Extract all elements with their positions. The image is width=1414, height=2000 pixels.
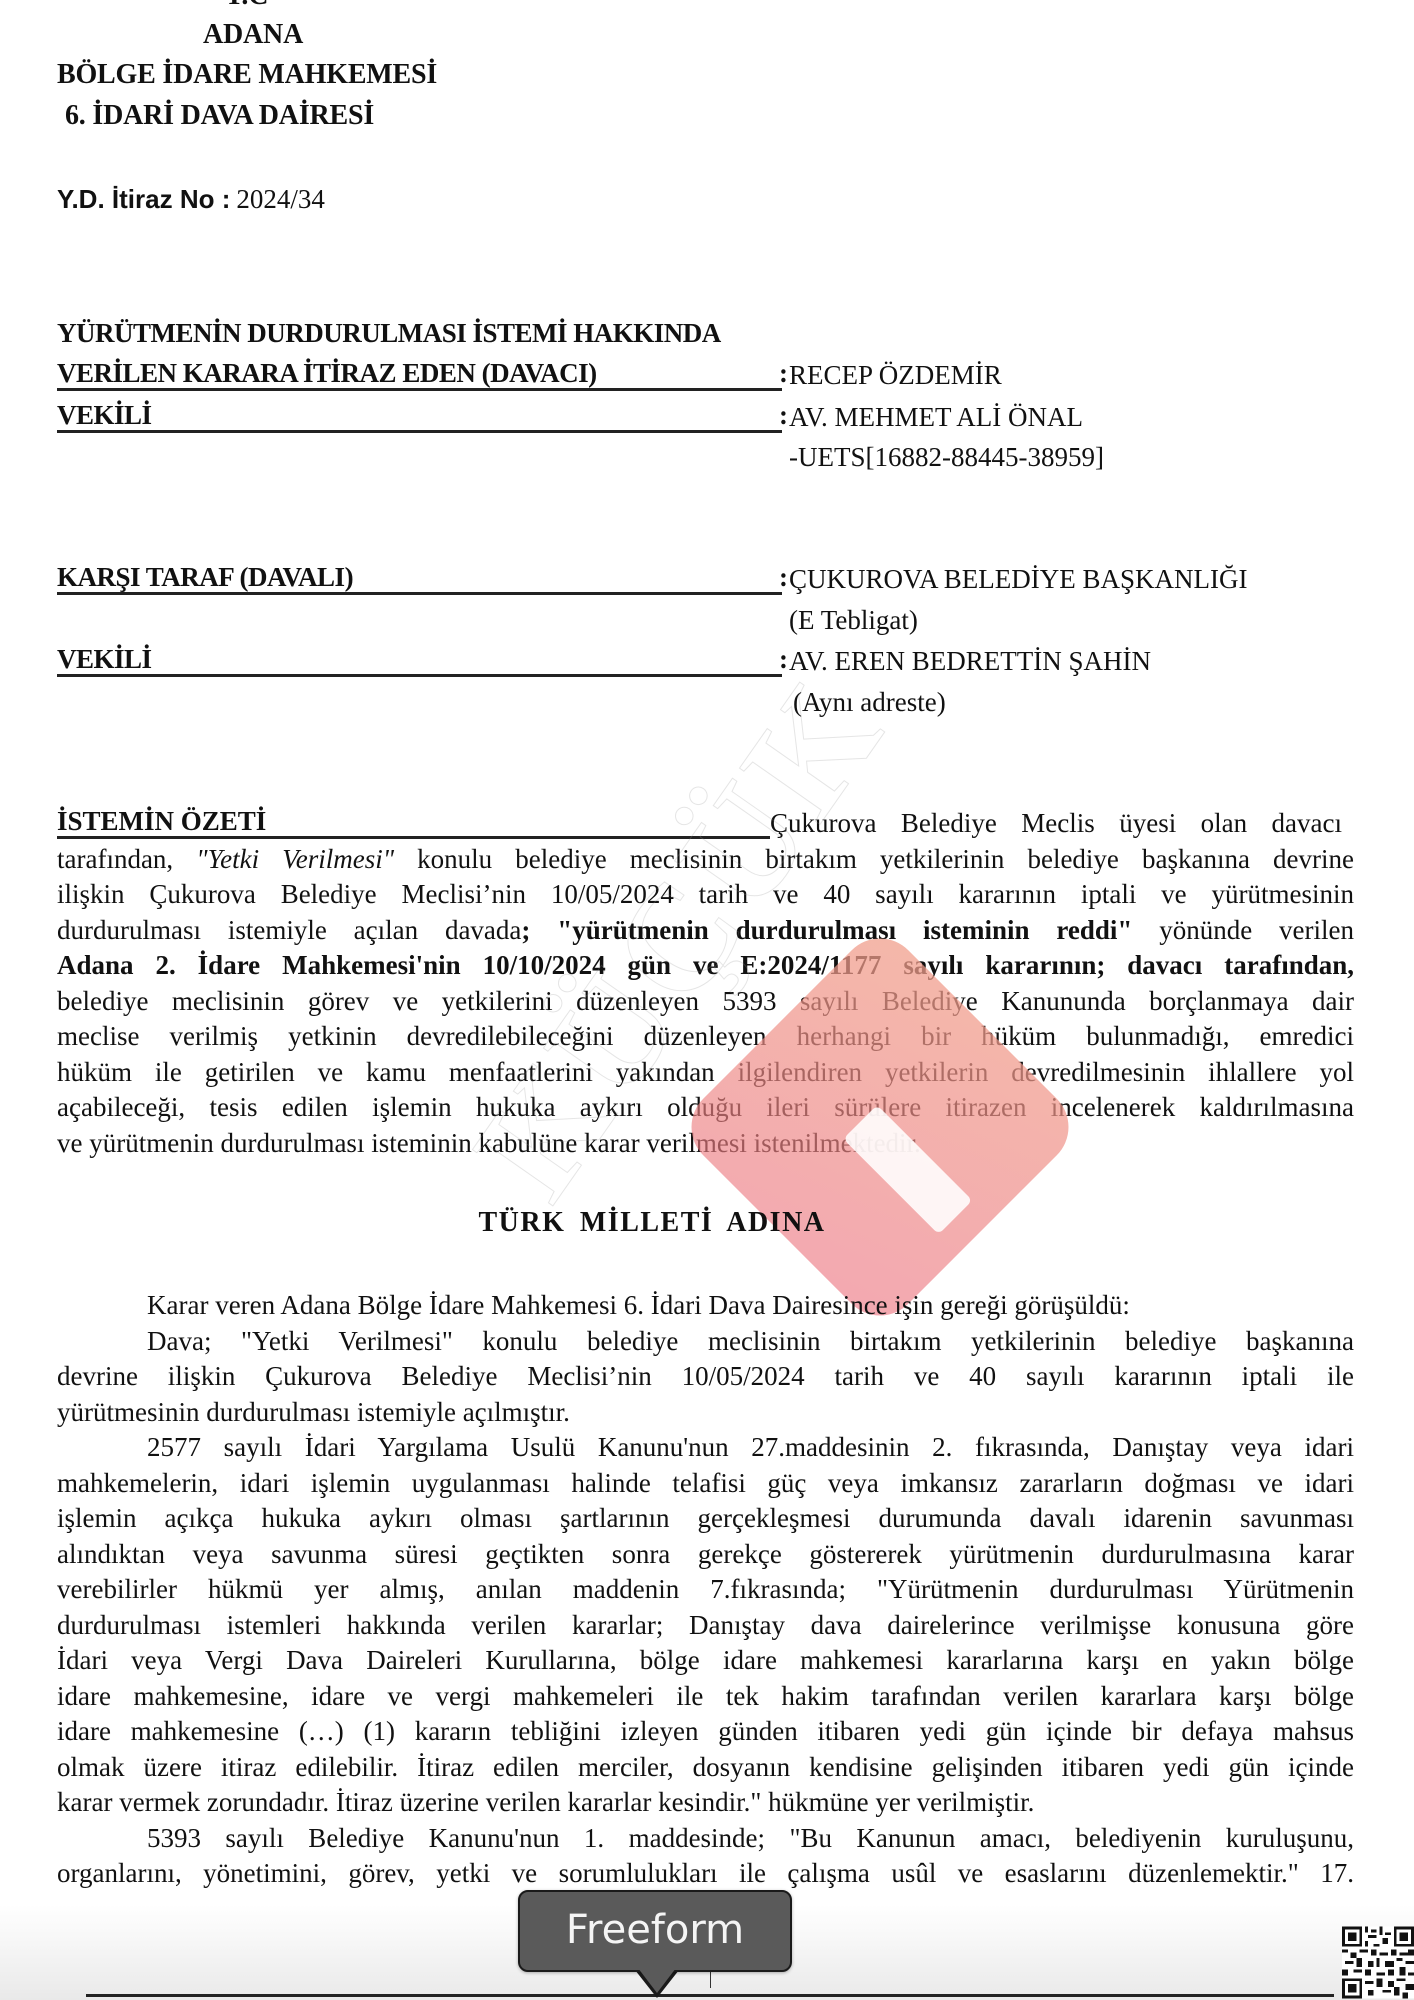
body-line: işlemin açıkça hukuka aykırı olması şart…	[57, 1501, 1354, 1537]
party-label: VEKİLİ	[57, 642, 782, 677]
qr-code-icon[interactable]	[1342, 1925, 1414, 2000]
body-line: verebilirler hükmü yer almış, anılan mad…	[57, 1572, 1354, 1608]
summary-line: Adana 2. İdare Mahkemesi'nin 10/10/2024 …	[57, 948, 1354, 984]
party-colon: :	[779, 642, 788, 676]
summary-heading: İSTEMİN ÖZETİ	[57, 806, 770, 839]
header-country: T.C	[225, 0, 268, 12]
document-page: T.C ADANA BÖLGE İDARE MAHKEMESİ 6. İDARİ…	[0, 0, 1414, 2000]
footer-rule	[86, 1994, 1334, 1997]
party-label: KARŞI TARAF (DAVALI)	[57, 560, 782, 595]
body-line: 5393 sayılı Belediye Kanunu'nun 1. madde…	[57, 1821, 1354, 1857]
party-extra: (Aynı adreste)	[793, 685, 946, 719]
freeform-tooltip[interactable]: Freeform	[518, 1890, 792, 1972]
party-row-defendant: KARŞI TARAF (DAVALI) :	[57, 560, 782, 595]
summary-line: açabileceği, tesis edilen işlemin hukuka…	[57, 1090, 1354, 1126]
body-line: mahkemelerin, idari işlemin uygulanması …	[57, 1466, 1354, 1502]
party-value: AV. EREN BEDRETTİN ŞAHİN	[789, 644, 1151, 678]
body-line: 2577 sayılı İdari Yargılama Usulü Kanunu…	[57, 1430, 1354, 1466]
body-line: idare mahkemesine, idare ve vergi mahkem…	[57, 1679, 1354, 1715]
party-colon: :	[779, 398, 788, 432]
tooltip-pointer-fill	[638, 1968, 676, 1993]
party-row-plaintiff: VERİLEN KARARA İTİRAZ EDEN (DAVACI) :	[57, 356, 782, 391]
body-line: devrine ilişkin Çukurova Belediye Meclis…	[57, 1359, 1354, 1395]
party-label: VERİLEN KARARA İTİRAZ EDEN (DAVACI)	[57, 356, 782, 391]
body-line: organlarını, yönetimini, görev, yetki ve…	[57, 1856, 1354, 1892]
body-line: olmak üzere itiraz edilebilir. İtiraz ed…	[57, 1750, 1354, 1786]
summary-line: hüküm ile getirilen ve kamu menfaatlerin…	[57, 1055, 1354, 1091]
party-value: AV. MEHMET ALİ ÖNAL	[789, 400, 1083, 434]
party-extra: -UETS[16882-88445-38959]	[789, 440, 1104, 474]
party-colon: :	[779, 560, 788, 594]
objection-number: Y.D. İtiraz No :2024/34	[57, 184, 325, 215]
objection-value: 2024/34	[236, 184, 325, 214]
summary-line: ve yürütmenin durdurulması isteminin kab…	[57, 1126, 1354, 1162]
summary-line: Çukurova Belediye Meclis üyesi olan dava…	[770, 806, 1342, 842]
body-line: İdari veya Vergi Dava Daireleri Kurullar…	[57, 1643, 1354, 1679]
summary-line: meclise verilmiş yetkinin devredilebilec…	[57, 1019, 1354, 1055]
body-line: Dava; "Yetki Verilmesi" konulu belediye …	[57, 1324, 1354, 1360]
header-court: BÖLGE İDARE MAHKEMESİ	[57, 59, 437, 91]
body-line: yürütmesinin durdurulması istemiyle açıl…	[57, 1395, 1354, 1431]
body-line: karar vermek zorundadır. İtiraz üzerine …	[57, 1785, 1354, 1821]
summary-line: tarafından, "Yetki Verilmesi" konulu bel…	[57, 842, 1354, 878]
header-city: ADANA	[203, 19, 303, 51]
body-line: alındıktan veya savunma süresi geçtikten…	[57, 1537, 1354, 1573]
body-line: Karar veren Adana Bölge İdare Mahkemesi …	[57, 1288, 1354, 1324]
party-colon: :	[779, 356, 788, 390]
objection-label: Y.D. İtiraz No :	[57, 184, 230, 214]
body-line: durdurulması istemleri hakkında verilen …	[57, 1608, 1354, 1644]
party-label: VEKİLİ	[57, 398, 782, 433]
header-chamber: 6. İDARİ DAVA DAİRESİ	[65, 100, 374, 132]
request-summary: İSTEMİN ÖZETİÇukurova Belediye Meclis üy…	[57, 806, 1354, 1161]
decision-title: TÜRK MİLLETİ ADINA	[0, 1207, 1414, 1239]
parties-title: YÜRÜTMENİN DURDURULMASI İSTEMİ HAKKINDA	[57, 318, 721, 349]
text-cursor	[710, 1970, 711, 1988]
party-row-plaintiff-attorney: VEKİLİ :	[57, 398, 782, 433]
party-extra: (E Tebligat)	[789, 603, 918, 637]
decision-body: Karar veren Adana Bölge İdare Mahkemesi …	[57, 1288, 1354, 1892]
party-value: RECEP ÖZDEMİR	[789, 358, 1002, 392]
body-line: idare mahkemesine (…) (1) kararın tebliğ…	[57, 1714, 1354, 1750]
summary-line: ilişkin Çukurova Belediye Meclisi’nin 10…	[57, 877, 1354, 913]
party-value: ÇUKUROVA BELEDİYE BAŞKANLIĞI	[789, 562, 1248, 596]
summary-line: belediye meclisinin görev ve yetkilerini…	[57, 984, 1354, 1020]
summary-line: durdurulması istemiyle açılan davada; "y…	[57, 913, 1354, 949]
party-row-defendant-attorney: VEKİLİ :	[57, 642, 782, 677]
